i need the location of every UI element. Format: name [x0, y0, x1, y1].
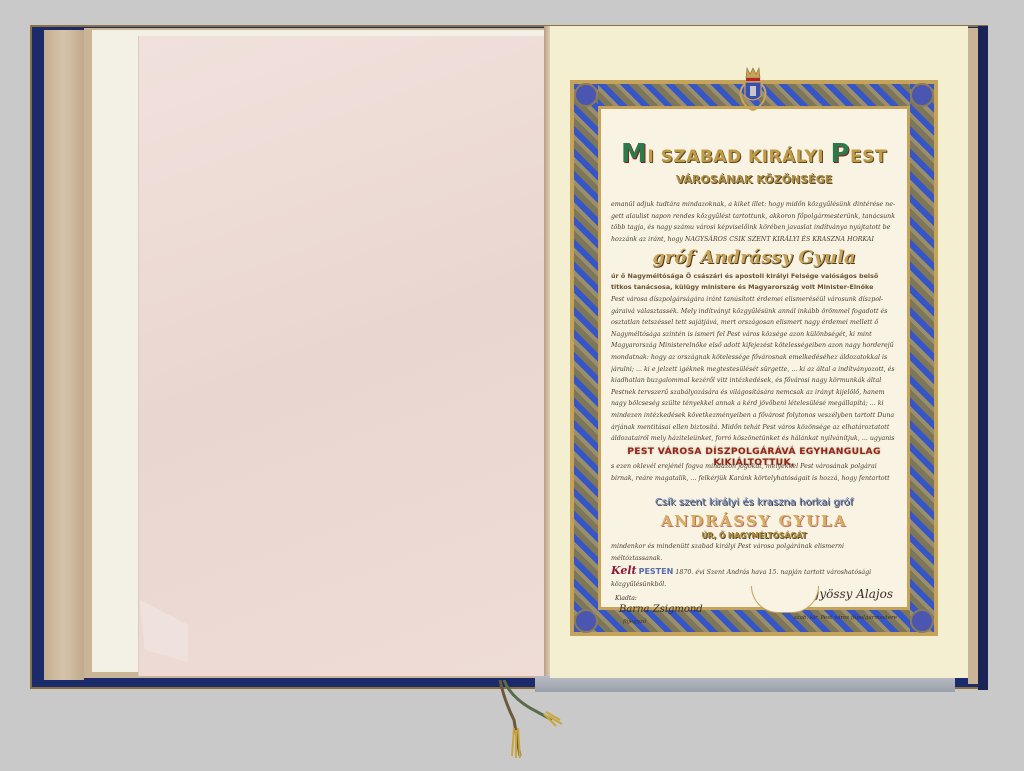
intro-text: emanül adjuk tudtára mindazoknak, a kike… — [611, 199, 897, 245]
diploma-text-panel: MI SZABAD KIRÁLYI PEST VÁROSÁNAK KÖZÖNSÉ… — [600, 108, 908, 608]
rights-text: s ezen oklevél erejénél fogva mindazon j… — [611, 461, 897, 496]
ornamental-border-left — [574, 84, 598, 632]
rosette-icon — [910, 83, 934, 107]
ribbon-tassel[interactable] — [490, 680, 570, 760]
signature-left-role: főjegyző — [623, 619, 646, 625]
closing-text: mindenkor és mindenütt szabad királyi Pe… — [611, 541, 897, 565]
diploma-subtitle: VÁROSÁNAK KÖZÖNSÉGE — [601, 173, 907, 186]
illuminated-initial-m: M — [621, 139, 647, 169]
honoree-full-line3: ÚR, Ő NAGYMÉLTÓSÁGÁT — [601, 531, 907, 540]
diploma-title: MI SZABAD KIRÁLYI PEST — [601, 139, 907, 169]
under-page-edge — [535, 676, 955, 692]
silk-lining-left — [44, 30, 84, 680]
honoree-title: úr ő Nagyméltósága Ő császári és apostol… — [611, 271, 897, 293]
honoree-name: gróf Andrássy Gyula — [601, 247, 907, 268]
dated-place: PESTEN — [639, 567, 674, 576]
body-text: Pest városa díszpolgárságára iránt tanús… — [611, 294, 897, 445]
honoree-full-name: ANDRÁSSY GYULA — [601, 512, 907, 530]
rosette-icon — [574, 83, 598, 107]
seal-tab-cutout — [751, 586, 819, 613]
rosette-icon — [574, 609, 598, 633]
title-text: I SZABAD KIRÁLYI — [647, 147, 830, 167]
signature-left-label: Kiadta: — [615, 595, 637, 602]
title-text-end: EST — [850, 147, 887, 167]
ornamental-border-right — [910, 84, 934, 632]
crowned-coat-of-arms-icon — [736, 66, 770, 114]
diploma-ornamental-frame: MI SZABAD KIRÁLYI PEST VÁROSÁNAK KÖZÖNSÉ… — [570, 80, 938, 636]
signature-left: Barna Zsigmond — [619, 604, 703, 615]
protective-tissue-sheet[interactable] — [138, 36, 547, 676]
signature-right-role: szab. kir. Pest város főpolgármestere — [794, 615, 897, 621]
album-cover-right-edge — [978, 26, 988, 690]
illuminated-initial-p: P — [830, 139, 850, 169]
rosette-icon — [910, 609, 934, 633]
dated-prefix: Kelt — [611, 565, 637, 577]
honoree-full-line1: Csík szent királyi és kraszna horkai gró… — [601, 497, 907, 508]
